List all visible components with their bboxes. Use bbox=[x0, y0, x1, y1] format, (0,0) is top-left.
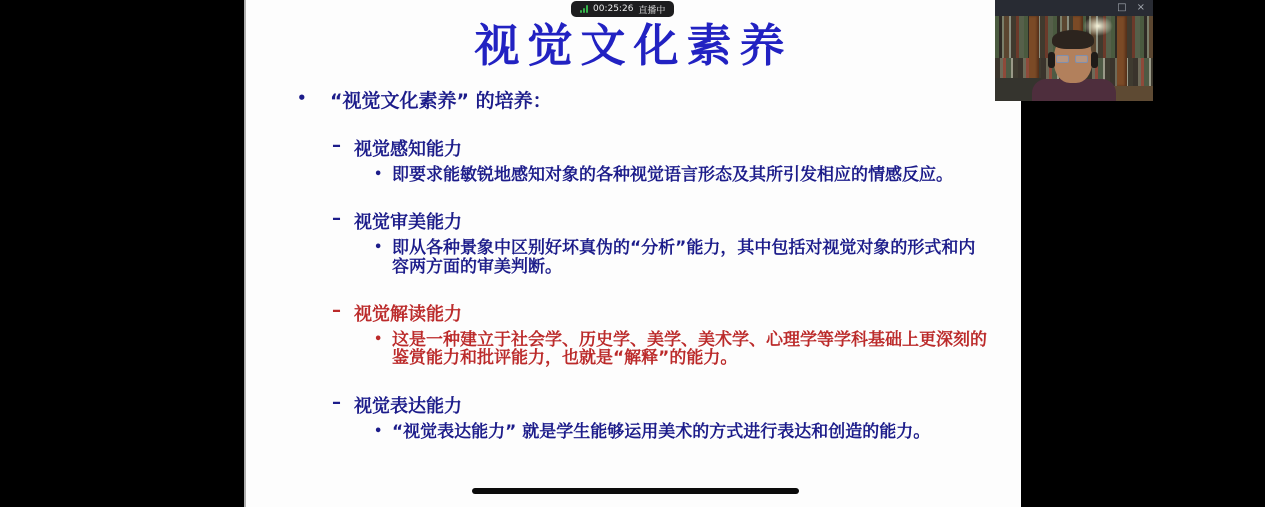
live-timer: 00:25:26 bbox=[593, 4, 633, 14]
live-status-label: 直播中 bbox=[638, 3, 665, 16]
headphone-icon bbox=[1048, 52, 1055, 68]
intro-line: • “视觉文化素养” 的培养： bbox=[297, 86, 997, 113]
shelf-frame bbox=[1117, 16, 1127, 86]
glasses-lens bbox=[1056, 55, 1069, 63]
section-body: • “视觉表达能力” 就是学生能够运用美术的方式进行表达和创造的能力。 bbox=[374, 423, 992, 441]
level3-bullet-icon: • bbox=[374, 239, 392, 276]
section-heading-text: 视觉解读能力 bbox=[354, 300, 462, 326]
level3-bullet-icon: • bbox=[374, 423, 392, 441]
glasses-lens bbox=[1075, 55, 1088, 63]
section-heading-text: 视觉感知能力 bbox=[354, 135, 462, 161]
section-perception: – 视觉感知能力 • 即要求能敏锐地感知对象的各种视觉语言形态及其所引发相应的情… bbox=[297, 135, 997, 184]
presenter-video[interactable] bbox=[995, 16, 1153, 101]
dash-bullet-icon: – bbox=[332, 135, 354, 161]
shelf-frame bbox=[1029, 16, 1039, 86]
section-body-text: “视觉表达能力” 就是学生能够运用美术的方式进行表达和创造的能力。 bbox=[392, 423, 992, 441]
slide-footer-rule bbox=[472, 488, 799, 494]
level3-bullet-icon: • bbox=[374, 331, 392, 368]
close-icon[interactable]: × bbox=[1137, 3, 1145, 13]
level3-bullet-icon: • bbox=[374, 166, 392, 184]
section-body-text: 即从各种景象中区别好坏真伪的“分析”能力，其中包括对视觉对象的形式和内容两方面的… bbox=[392, 239, 992, 276]
section-body: • 即要求能敏锐地感知对象的各种视觉语言形态及其所引发相应的情感反应。 bbox=[374, 166, 992, 184]
dash-bullet-icon: – bbox=[332, 300, 354, 326]
section-aesthetic: – 视觉审美能力 • 即从各种景象中区别好坏真伪的“分析”能力，其中包括对视觉对… bbox=[297, 208, 997, 276]
webcam-titlebar[interactable]: □ × bbox=[995, 0, 1153, 16]
section-heading: – 视觉审美能力 bbox=[332, 208, 997, 234]
section-body: • 即从各种景象中区别好坏真伪的“分析”能力，其中包括对视觉对象的形式和内容两方… bbox=[374, 239, 992, 276]
intro-text: “视觉文化素养” 的培养： bbox=[330, 86, 552, 113]
section-heading: – 视觉解读能力 bbox=[332, 300, 997, 326]
dash-bullet-icon: – bbox=[332, 392, 354, 418]
section-interpretation: – 视觉解读能力 • 这是一种建立于社会学、历史学、美学、美术学、心理学等学科基… bbox=[297, 300, 997, 368]
slide-canvas: 视觉文化素养 • “视觉文化素养” 的培养： – 视觉感知能力 • 即要求能敏锐… bbox=[244, 0, 1021, 507]
signal-strength-icon bbox=[580, 5, 588, 13]
section-heading-text: 视觉审美能力 bbox=[354, 208, 462, 234]
presenter-hair bbox=[1052, 30, 1094, 49]
page-root: { "live_badge": { "time": "00:25:26", "s… bbox=[0, 0, 1265, 507]
slide-content: • “视觉文化素养” 的培养： – 视觉感知能力 • 即要求能敏锐地感知对象的各… bbox=[297, 86, 997, 465]
section-heading: – 视觉感知能力 bbox=[332, 135, 997, 161]
headphone-icon bbox=[1091, 52, 1098, 68]
level1-bullet-icon: • bbox=[297, 86, 330, 113]
section-body-text: 这是一种建立于社会学、历史学、美学、美术学、心理学等学科基础上更深刻的鉴赏能力和… bbox=[392, 331, 992, 368]
section-expression: – 视觉表达能力 • “视觉表达能力” 就是学生能够运用美术的方式进行表达和创造… bbox=[297, 392, 997, 441]
webcam-window[interactable]: □ × bbox=[995, 0, 1153, 101]
section-body: • 这是一种建立于社会学、历史学、美学、美术学、心理学等学科基础上更深刻的鉴赏能… bbox=[374, 331, 992, 368]
section-body-text: 即要求能敏锐地感知对象的各种视觉语言形态及其所引发相应的情感反应。 bbox=[392, 166, 992, 184]
maximize-icon[interactable]: □ bbox=[1117, 3, 1126, 13]
section-heading: – 视觉表达能力 bbox=[332, 392, 997, 418]
live-badge: 00:25:26 直播中 bbox=[571, 1, 674, 17]
dash-bullet-icon: – bbox=[332, 208, 354, 234]
section-heading-text: 视觉表达能力 bbox=[354, 392, 462, 418]
